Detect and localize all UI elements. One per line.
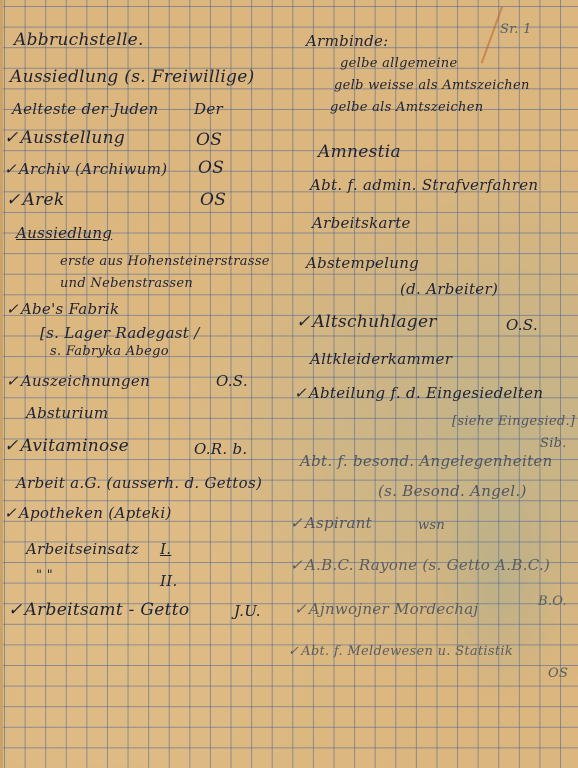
entry-abc-rayone: ✓A.B.C. Rayone (s. Getto A.B.C.): [290, 556, 550, 574]
entry-aelteste: Aelteste der Juden: [12, 100, 158, 118]
entry-arbeitseinsatz: Arbeitseinsatz: [26, 540, 139, 558]
entry-abteilung-eingesiedelten-sub-1: [siehe Eingesied.]: [452, 414, 575, 429]
entry-text: Altschuhlager: [313, 312, 437, 332]
entry-abt-besond-angelegenheiten: Abt. f. besond. Angelegenheiten: [300, 452, 553, 470]
entry-arbeitskarte: Arbeitskarte: [312, 214, 411, 232]
check-mark-icon: ✓: [6, 190, 21, 210]
code-arbeitseinsatz-2: II.: [160, 572, 178, 590]
entry-arbeitsamt: ✓Arbeitsamt - Getto: [8, 600, 189, 620]
check-mark-icon: ✓: [4, 504, 17, 522]
entry-abes-fabrik-sub-1: [s. Lager Radegast /: [40, 324, 200, 342]
entry-aussiedlung: Aussiedlung: [16, 224, 112, 242]
code-auszeichnungen: O.S.: [216, 372, 248, 390]
top-right-mark: Sr. 1: [500, 22, 532, 37]
check-mark-icon: ✓: [6, 300, 19, 318]
entry-ajnwojner: ✓Ajnwojner Mordechaj: [294, 600, 478, 618]
code-avitaminose: O.R. b.: [194, 440, 248, 458]
entry-text: Ajnwojner Mordechaj: [309, 600, 479, 618]
entry-abstempelung: Abstempelung: [306, 254, 419, 272]
code-aspirant: wsn: [418, 518, 445, 533]
code-ajnwojner: B.O.: [538, 594, 567, 609]
code-arbeitseinsatz-1: I.: [160, 540, 171, 558]
entry-armbinde-sub-3: gelbe als Amtszeichen: [330, 100, 483, 115]
check-mark-icon: ✓: [6, 372, 19, 390]
entry-text: Arbeitsamt - Getto: [25, 600, 190, 620]
ditto-marks: " ": [36, 568, 53, 583]
entry-altschuhlager: ✓Altschuhlager: [296, 312, 437, 332]
entry-ausstellung: ✓Ausstellung: [4, 128, 125, 148]
entry-text: Avitaminose: [21, 436, 129, 456]
entry-arbeit-ag: Arbeit a.G. (ausserh. d. Gettos): [16, 474, 262, 492]
entry-armbinde: Armbinde:: [306, 32, 389, 50]
code-aelteste: Der: [194, 100, 223, 118]
check-mark-icon: ✓: [288, 644, 299, 659]
entry-armbinde-sub-1: gelbe allgemeine: [340, 56, 457, 71]
entry-text: Archiv (Archiwum): [19, 160, 168, 178]
entry-text: Aspirant: [305, 514, 372, 532]
entry-abstempelung-sub: (d. Arbeiter): [400, 280, 498, 298]
code-archiv: OS: [198, 158, 224, 178]
entry-abes-fabrik-sub-2: s. Fabryka Abego: [50, 344, 169, 359]
entry-abbruchstelle: Abbruchstelle.: [14, 30, 144, 50]
entry-text: A.B.C. Rayone (s. Getto A.B.C.): [305, 556, 550, 574]
check-mark-icon: ✓: [4, 436, 19, 456]
entry-abt-meldewesen: ✓Abt. f. Meldewesen u. Statistik: [288, 644, 513, 659]
entry-text: Abteilung f. d. Eingesiedelten: [309, 384, 543, 402]
entry-abes-fabrik: ✓Abe's Fabrik: [6, 300, 119, 318]
entry-abteilung-eingesiedelten-sub-2: Sib.: [540, 436, 567, 451]
entry-armbinde-sub-2: gelb weisse als Amtszeichen: [334, 78, 530, 93]
code-arek: OS: [200, 190, 226, 210]
entry-aspirant: ✓Aspirant: [290, 514, 372, 532]
code-ausstellung: OS: [196, 130, 222, 150]
code-abt-meldewesen: OS: [548, 666, 568, 681]
entry-auszeichnungen: ✓Auszeichnungen: [6, 372, 150, 390]
check-mark-icon: ✓: [290, 556, 303, 574]
entry-altkleiderkammer: Altkleiderkammer: [310, 350, 452, 368]
check-mark-icon: ✓: [294, 384, 307, 402]
check-mark-icon: ✓: [296, 312, 311, 332]
entry-text: Arek: [23, 190, 65, 210]
entry-aussiedlung-sub-2: und Nebenstrassen: [60, 276, 193, 291]
entry-aussiedlung-sub-1: erste aus Hohensteinerstrasse: [60, 254, 270, 269]
entry-absturium: Absturium: [26, 404, 108, 422]
entry-abteilung-eingesiedelten: ✓Abteilung f. d. Eingesiedelten: [294, 384, 543, 402]
entry-avitaminose: ✓Avitaminose: [4, 436, 129, 456]
entry-archiv: ✓Archiv (Archiwum): [4, 160, 167, 178]
entry-abt-admin-strafverfahren: Abt. f. admin. Strafverfahren: [310, 176, 538, 194]
code-altschuhlager: O.S.: [506, 316, 538, 334]
paper-edge: [0, 0, 3, 768]
entry-aussiedlung-freiwillige: Aussiedlung (s. Freiwillige): [10, 67, 255, 87]
entry-text: Ausstellung: [21, 128, 126, 148]
entry-text: Abe's Fabrik: [21, 300, 120, 318]
entry-text: Apotheken (Apteki): [19, 504, 172, 522]
entry-text: Auszeichnungen: [21, 372, 150, 390]
check-mark-icon: ✓: [294, 600, 307, 618]
entry-apotheken: ✓Apotheken (Apteki): [4, 504, 172, 522]
entry-arek: ✓Arek: [6, 190, 65, 210]
check-mark-icon: ✓: [290, 514, 303, 532]
check-mark-icon: ✓: [4, 160, 17, 178]
check-mark-icon: ✓: [4, 128, 19, 148]
entry-abt-besond-sub: (s. Besond. Angel.): [378, 482, 527, 500]
entry-amnestia: Amnestia: [318, 142, 401, 162]
entry-text: Abt. f. Meldewesen u. Statistik: [301, 644, 513, 659]
check-mark-icon: ✓: [8, 600, 23, 620]
code-arbeitsamt: J.U.: [234, 602, 261, 620]
